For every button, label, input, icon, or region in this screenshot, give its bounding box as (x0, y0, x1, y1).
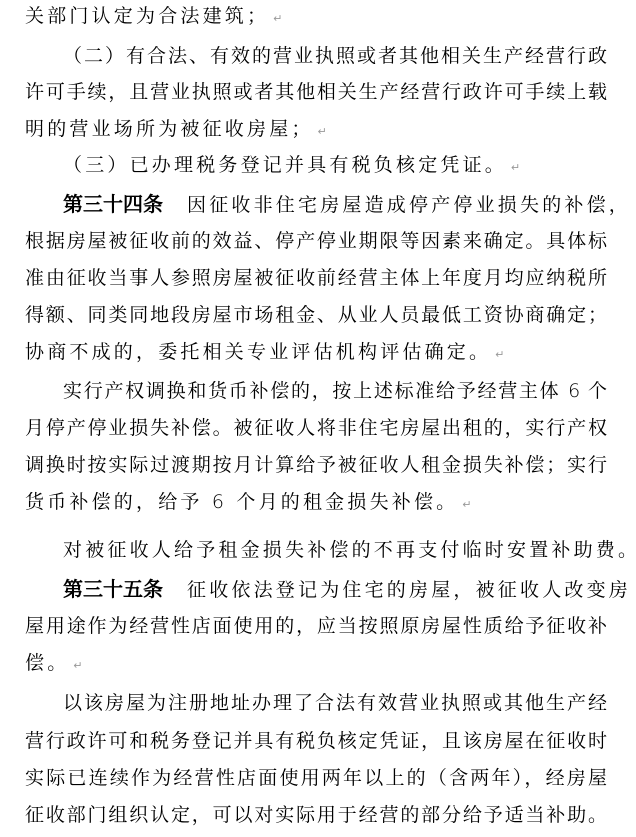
line-text: 屋用途作为经营性店面使用的，应当按照原房屋性质给予征收补 (25, 615, 607, 637)
paragraph-mark-icon: ↵ (462, 498, 471, 511)
text-line: 协商不成的，委托相关专业评估机构评估确定。↵ (25, 340, 504, 364)
line-text: 得额、同类同地段房屋市场租金、从业人员最低工资协商确定； (25, 304, 607, 326)
line-text: 以该房屋为注册地址办理了合法有效营业执照或其他生产经 (63, 692, 607, 714)
line-text: 关部门认定为合法建筑； (25, 5, 269, 27)
text-line: 调换时按实际过渡期按月计算给予被征收人租金损失补偿；实行 (25, 453, 607, 477)
text-line: （二）有合法、有效的营业执照或者其他相关生产经营行政 (63, 44, 607, 68)
text-line: 明的营业场所为被征收房屋；↵ (25, 117, 327, 141)
text-line: 对被征收人给予租金损失补偿的不再支付临时安置补助费。↵ (63, 538, 636, 562)
line-text: 明的营业场所为被征收房屋； (25, 118, 314, 140)
line-text: （二）有合法、有效的营业执照或者其他相关生产经营行政 (63, 45, 607, 67)
text-line: 货币补偿的，给予 6 个月的租金损失补偿。↵ (25, 490, 472, 514)
text-line: 根据房屋被征收前的效益、停产停业期限等因素来确定。具体标 (25, 229, 607, 253)
text-line: 月停产停业损失补偿。被征收人将非住宅房屋出租的，实行产权 (25, 416, 607, 440)
line-text: 实际已连续作为经营性店面使用两年以上的（含两年），经房屋 (25, 767, 607, 789)
line-text: 许可手续，且营业执照或者其他相关生产经营行政许可手续上载 (25, 81, 607, 103)
paragraph-mark-icon: ↵ (495, 348, 504, 361)
text-line: 许可手续，且营业执照或者其他相关生产经营行政许可手续上载 (25, 80, 607, 104)
line-text: 调换时按实际过渡期按月计算给予被征收人租金损失补偿；实行 (25, 454, 607, 476)
line-text: 征收部门组织认定，可以对实际用于经营的部分给予适当补助。 (25, 804, 607, 826)
line-text: 对被征收人给予租金损失补偿的不再支付临时安置补助费。 (63, 539, 636, 561)
text-line: 以该房屋为注册地址办理了合法有效营业执照或其他生产经 (63, 691, 607, 715)
text-line: 屋用途作为经营性店面使用的，应当按照原房屋性质给予征收补 (25, 614, 607, 638)
line-text: 征收依法登记为住宅的房屋，被征收人改变房 (187, 579, 631, 601)
line-text: 偿。 (25, 652, 69, 674)
text-line: 营行政许可和税务登记并具有税负核定凭证，且该房屋在征收时 (25, 729, 607, 753)
line-text: 月停产停业损失补偿。被征收人将非住宅房屋出租的，实行产权 (25, 417, 607, 439)
line-text: 准由征收当事人参照房屋被征收前经营主体上年度月均应纳税所 (25, 267, 607, 289)
text-line: （三）已办理税务登记并具有税负核定凭证。↵ (63, 153, 520, 177)
paragraph-mark-icon: ↵ (511, 161, 520, 174)
article-35-first-line: 第三十五条征收依法登记为住宅的房屋，被征收人改变房 (63, 577, 631, 601)
paragraph-mark-icon: ↵ (318, 125, 327, 138)
line-text: 因征收非住宅房屋造成停产停业损失的补偿， (187, 194, 631, 216)
text-line: 实际已连续作为经营性店面使用两年以上的（含两年），经房屋 (25, 766, 607, 790)
article-34-first-line: 第三十四条因征收非住宅房屋造成停产停业损失的补偿， (63, 192, 631, 216)
text-line: 得额、同类同地段房屋市场租金、从业人员最低工资协商确定； (25, 303, 607, 327)
text-line: 实行产权调换和货币补偿的，按上述标准给予经营主体 6 个 (63, 379, 607, 403)
line-text: 营行政许可和税务登记并具有税负核定凭证，且该房屋在征收时 (25, 730, 607, 752)
text-line: 偿。↵ (25, 651, 83, 675)
line-text: 协商不成的，委托相关专业评估机构评估确定。 (25, 341, 491, 363)
line-text: 根据房屋被征收前的效益、停产停业期限等因素来确定。具体标 (25, 230, 607, 252)
line-text: 货币补偿的，给予 6 个月的租金损失补偿。 (25, 491, 458, 513)
line-text: （三）已办理税务登记并具有税负核定凭证。 (63, 154, 507, 176)
paragraph-mark-icon: ↵ (73, 659, 82, 672)
line-text: 实行产权调换和货币补偿的，按上述标准给予经营主体 6 个 (63, 380, 607, 402)
paragraph-mark-icon: ↵ (273, 12, 282, 25)
article-heading: 第三十四条 (63, 192, 163, 216)
article-heading: 第三十五条 (63, 577, 163, 601)
text-line: 准由征收当事人参照房屋被征收前经营主体上年度月均应纳税所 (25, 266, 607, 290)
text-line: 征收部门组织认定，可以对实际用于经营的部分给予适当补助。 (25, 803, 607, 827)
text-line: 关部门认定为合法建筑；↵ (25, 4, 282, 28)
